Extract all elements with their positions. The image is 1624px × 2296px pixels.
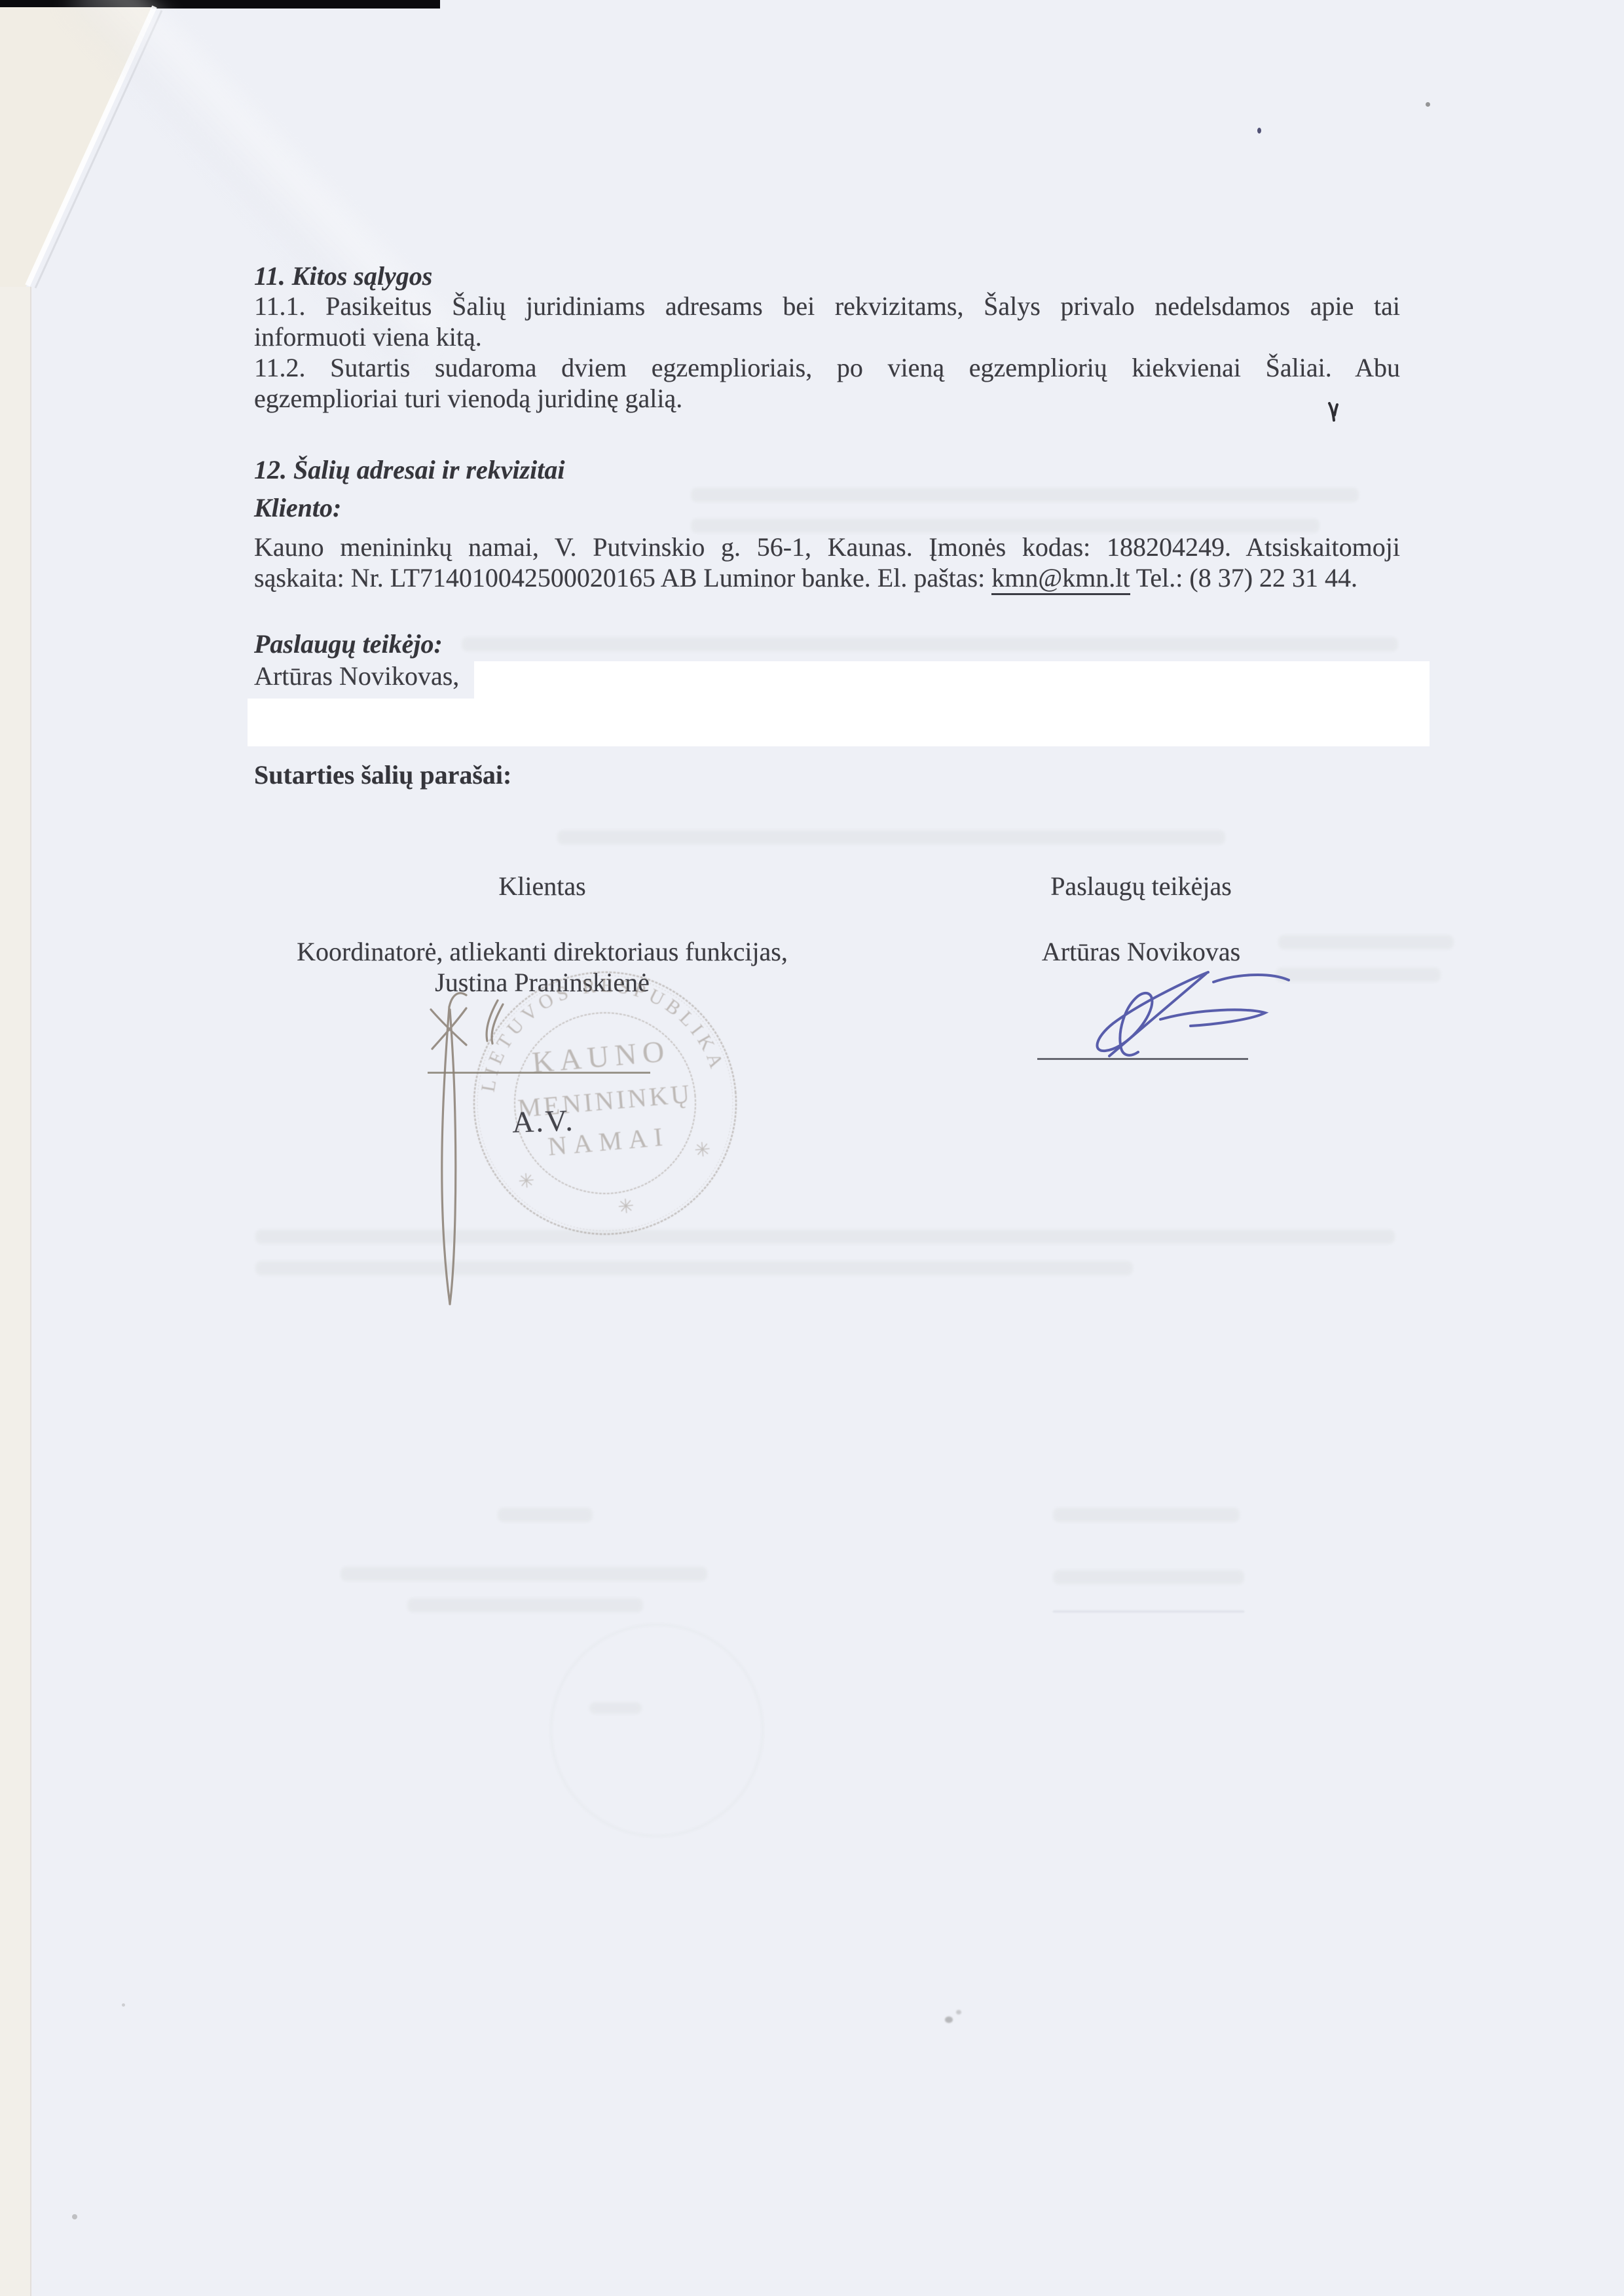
client-info-line2: sąskaita: Nr. LT714010042500020165 AB Lu… <box>254 562 1400 593</box>
scan-smudge <box>956 2010 961 2014</box>
scan-speck <box>1257 128 1261 134</box>
bleedthrough-stamp-ring <box>550 1624 764 1837</box>
clause-11-2: 11.2. Sutartis sudaroma dviem egzemplior… <box>254 352 1400 414</box>
redaction-box <box>474 661 1430 746</box>
client-email: kmn@kmn.lt <box>991 563 1130 595</box>
bleedthrough-line <box>407 1598 643 1613</box>
scan-speck <box>122 2003 125 2007</box>
bleedthrough-rule <box>1053 1611 1244 1613</box>
clause-11-1: 11.1. Pasikeitus Šalių juridiniams adres… <box>254 291 1400 352</box>
provider-signature <box>1022 953 1303 1074</box>
stamp-separator-icon: ✳ <box>693 1139 712 1161</box>
bleedthrough-line <box>557 830 1225 845</box>
client-heading: Kliento: <box>254 492 341 523</box>
section-11-heading: 11. Kitos sąlygos <box>254 261 432 291</box>
bleedthrough-mark <box>589 1702 642 1714</box>
scan-speck <box>72 2214 77 2219</box>
bleedthrough-line <box>498 1508 593 1522</box>
clause-11-1-line1: 11.1. Pasikeitus Šalių juridiniams adres… <box>254 291 1400 321</box>
bleedthrough-line <box>1053 1508 1240 1522</box>
client-info: Kauno menininkų namai, V. Putvinskio g. … <box>254 532 1400 593</box>
client-phone-text: Tel.: (8 37) 22 31 44. <box>1130 563 1358 592</box>
provider-heading: Paslaugų teikėjo: <box>254 629 443 659</box>
bleedthrough-line <box>691 488 1359 502</box>
section-12-heading: 12. Šalių adresai ir rekvizitai <box>254 454 565 485</box>
scan-smudge <box>945 2016 953 2023</box>
clause-11-2-line1: 11.2. Sutartis sudaroma dviem egzemplior… <box>254 352 1400 383</box>
signatures-heading: Sutarties šalių parašai: <box>254 759 511 790</box>
page-left-edge <box>0 287 31 2296</box>
provider-column-title: Paslaugų teikėjas <box>936 871 1346 902</box>
redaction-box <box>248 699 511 746</box>
ink-mark <box>1327 402 1344 423</box>
client-signature <box>393 897 681 1342</box>
client-info-line1: Kauno menininkų namai, V. Putvinskio g. … <box>254 532 1400 562</box>
bleedthrough-line <box>255 1261 1133 1275</box>
bleedthrough-line <box>462 637 1398 651</box>
provider-name: Artūras Novikovas, <box>254 661 459 691</box>
bleedthrough-line <box>1053 1570 1244 1584</box>
client-account-text: sąskaita: Nr. LT714010042500020165 AB Lu… <box>254 563 991 592</box>
bleedthrough-line <box>341 1567 707 1581</box>
clause-11-1-line2: informuoti viena kitą. <box>254 321 1400 352</box>
scanned-contract-page: 11. Kitos sąlygos 11.1. Pasikeitus Šalių… <box>0 0 1624 2296</box>
scan-speck <box>1426 102 1430 107</box>
bleedthrough-line <box>691 519 1319 533</box>
clause-11-2-line2: egzemplioriai turi vienodą juridinę gali… <box>254 383 1400 414</box>
